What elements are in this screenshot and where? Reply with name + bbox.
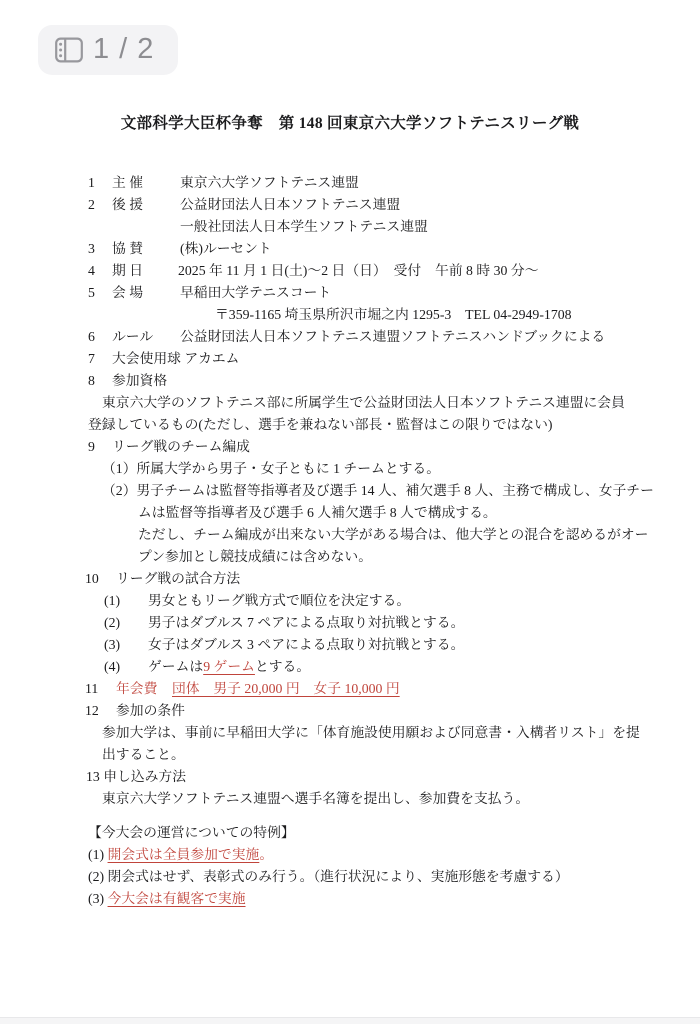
doc-text: とする。	[255, 659, 310, 674]
doc-text: 6	[88, 326, 95, 347]
doc-text-highlight: 年会費	[116, 678, 157, 699]
doc-text: (2)	[104, 612, 120, 633]
doc-line: 7 大会使用球 アカエム	[0, 348, 700, 369]
doc-line: 東京六大学のソフトテニス部に所属学生で公益財団法人日本ソフトテニス連盟に会員	[0, 392, 700, 413]
doc-text: ルール	[112, 326, 153, 347]
doc-text: 8	[88, 370, 95, 391]
doc-text: 11	[85, 678, 98, 699]
doc-text: 男女ともリーグ戦方式で順位を決定する。	[148, 590, 410, 611]
doc-line: 9 リーグ戦のチーム編成	[0, 436, 700, 457]
doc-text: 主 催	[112, 172, 143, 193]
doc-line: 3 協 賛 (株)ルーセント	[0, 238, 700, 259]
doc-line: 5 会 場 早稲田大学テニスコート	[0, 282, 700, 303]
doc-text: 大会使用球 アカエム	[112, 348, 239, 369]
doc-line: (1) 開会式は全員参加で実施。	[0, 844, 700, 865]
sidebar-thumbnails-icon	[54, 35, 84, 65]
doc-text: 2	[88, 194, 95, 215]
doc-text: 公益財団法人日本ソフトテニス連盟ソフトテニスハンドブックによる	[180, 326, 605, 347]
doc-text: リーグ戦の試合方法	[116, 568, 240, 589]
doc-text: プン参加とし競技成績には含めない。	[138, 546, 372, 567]
doc-text: 10	[85, 568, 99, 589]
doc-line: （2）男子チームは監督等指導者及び選手 14 人、補欠選手 8 人、主務で構成し…	[0, 480, 700, 501]
doc-line: (2) 男子はダブルス 7 ペアによる点取り対抗戦とする。	[0, 612, 700, 633]
doc-text: 参加大学は、事前に早稲田大学に「体育施設使用願および同意書・入構者リスト」を提	[102, 722, 640, 743]
doc-line: 2 後 援 公益財団法人日本ソフトテニス連盟	[0, 194, 700, 215]
doc-line: 10 リーグ戦の試合方法	[0, 568, 700, 589]
doc-text: 公益財団法人日本ソフトテニス連盟	[180, 194, 400, 215]
doc-text: 【今大会の運営についての特例】	[88, 822, 295, 843]
doc-text: (4)	[104, 656, 120, 677]
doc-text-highlight: 今大会は有観客で実施	[108, 891, 246, 906]
doc-text: 協 賛	[112, 238, 143, 259]
doc-text: 参加の条件	[116, 700, 185, 721]
doc-text: (1)	[88, 847, 108, 862]
doc-line: (2) 閉会式はせず、表彰式のみ行う。（進行状況により、実施形態を考慮する）	[0, 866, 700, 887]
doc-line: 1 主 催 東京六大学ソフトテニス連盟	[0, 172, 700, 193]
doc-text: (株)ルーセント	[180, 238, 272, 259]
bottom-toolbar	[0, 1017, 700, 1024]
doc-text: 1	[88, 172, 95, 193]
doc-line: 登録しているもの(ただし、選手を兼ねない部長・監督はこの限りではない)	[0, 414, 700, 435]
doc-text: 5	[88, 282, 95, 303]
doc-text: 登録しているもの(ただし、選手を兼ねない部長・監督はこの限りではない)	[88, 414, 552, 435]
doc-line: 参加大学は、事前に早稲田大学に「体育施設使用願および同意書・入構者リスト」を提	[0, 722, 700, 743]
pdf-viewer-screen: 1 / 2 文部科学大臣杯争奪 第 148 回東京六大学ソフトテニスリーグ戦 1…	[0, 0, 700, 1024]
doc-text: 13 申し込み方法	[86, 766, 186, 787]
doc-text: 7	[88, 348, 95, 369]
doc-line: 【今大会の運営についての特例】	[0, 822, 700, 843]
doc-line: （1）所属大学から男子・女子ともに 1 チームとする。	[0, 458, 700, 479]
doc-text: ただし、チーム編成が出来ない大学がある場合は、他大学との混合を認めるがオー	[138, 524, 648, 545]
doc-line: 6 ルール 公益財団法人日本ソフトテニス連盟ソフトテニスハンドブックによる	[0, 326, 700, 347]
doc-text: 12	[85, 700, 99, 721]
doc-line: 13 申し込み方法	[0, 766, 700, 787]
doc-line: ムは監督等指導者及び選手 6 人補欠選手 8 人で構成する。	[0, 502, 700, 523]
doc-line: (3) 女子はダブルス 3 ペアによる点取り対抗戦とする。	[0, 634, 700, 655]
doc-text: (3)	[88, 891, 108, 906]
doc-line: (3) 今大会は有観客で実施	[0, 888, 700, 909]
doc-text: 4	[88, 260, 95, 281]
doc-line: プン参加とし競技成績には含めない。	[0, 546, 700, 567]
doc-text: 期 日	[112, 260, 143, 281]
doc-line: (4) ゲームは9 ゲームとする。	[0, 656, 700, 677]
doc-line: 4 期 日 2025 年 11 月 1 日(土)～2 日（日） 受付 午前 8 …	[0, 260, 700, 281]
doc-text: 男子はダブルス 7 ペアによる点取り対抗戦とする。	[148, 612, 464, 633]
doc-text: 出すること。	[102, 744, 185, 765]
doc-text-group: (3) 今大会は有観客で実施	[88, 888, 246, 909]
doc-line: 〒359-1165 埼玉県所沢市堀之内 1295-3 TEL 04-2949-1…	[0, 304, 700, 325]
doc-text: 2025 年 11 月 1 日(土)～2 日（日） 受付 午前 8 時 30 分…	[178, 260, 539, 281]
doc-text: 東京六大学ソフトテニス連盟へ選手名簿を提出し、参加費を支払う。	[102, 788, 529, 809]
doc-text: 女子はダブルス 3 ペアによる点取り対抗戦とする。	[148, 634, 464, 655]
doc-text: （2）男子チームは監督等指導者及び選手 14 人、補欠選手 8 人、主務で構成し…	[102, 480, 654, 501]
doc-line: 12 参加の条件	[0, 700, 700, 721]
doc-text: (2) 閉会式はせず、表彰式のみ行う。（進行状況により、実施形態を考慮する）	[88, 866, 569, 887]
doc-line: 出すること。	[0, 744, 700, 765]
doc-text: 東京六大学ソフトテニス連盟	[180, 172, 359, 193]
doc-text: 後 援	[112, 194, 143, 215]
doc-line: (1) 男女ともリーグ戦方式で順位を決定する。	[0, 590, 700, 611]
doc-text: 〒359-1165 埼玉県所沢市堀之内 1295-3 TEL 04-2949-1…	[215, 304, 572, 325]
doc-text-group: (1) 開会式は全員参加で実施。	[88, 844, 273, 865]
doc-text-group: ゲームは9 ゲームとする。	[148, 656, 310, 677]
doc-text: リーグ戦のチーム編成	[112, 436, 250, 457]
document-title: 文部科学大臣杯争奪 第 148 回東京六大学ソフトテニスリーグ戦	[0, 111, 700, 133]
doc-text: (1)	[104, 590, 120, 611]
doc-text: 一般社団法人日本学生ソフトテニス連盟	[180, 216, 428, 237]
doc-text-highlight: 団体 男子 20,000 円 女子 10,000 円	[172, 678, 400, 699]
page-indicator-label: 1 / 2	[93, 35, 154, 66]
page-indicator-pill[interactable]: 1 / 2	[38, 25, 178, 75]
doc-line: 8 参加資格	[0, 370, 700, 391]
doc-text: 会 場	[112, 282, 143, 303]
doc-text: ムは監督等指導者及び選手 6 人補欠選手 8 人で構成する。	[138, 502, 497, 523]
doc-text: ゲームは	[148, 659, 203, 674]
doc-line: 一般社団法人日本学生ソフトテニス連盟	[0, 216, 700, 237]
doc-text: 東京六大学のソフトテニス部に所属学生で公益財団法人日本ソフトテニス連盟に会員	[102, 392, 625, 413]
doc-line: ただし、チーム編成が出来ない大学がある場合は、他大学との混合を認めるがオー	[0, 524, 700, 545]
doc-text-highlight: 9 ゲーム	[203, 659, 255, 674]
doc-line: 11 年会費 団体 男子 20,000 円 女子 10,000 円	[0, 678, 700, 699]
doc-text: （1）所属大学から男子・女子ともに 1 チームとする。	[102, 458, 440, 479]
doc-text: 3	[88, 238, 95, 259]
doc-text-highlight: 。	[259, 847, 273, 862]
doc-text-highlight: 開会式は全員参加で実施	[108, 847, 260, 862]
doc-text: (3)	[104, 634, 120, 655]
doc-line: 東京六大学ソフトテニス連盟へ選手名簿を提出し、参加費を支払う。	[0, 788, 700, 809]
doc-text: 参加資格	[112, 370, 167, 391]
doc-text: 9	[88, 436, 95, 457]
doc-text: 早稲田大学テニスコート	[180, 282, 331, 303]
